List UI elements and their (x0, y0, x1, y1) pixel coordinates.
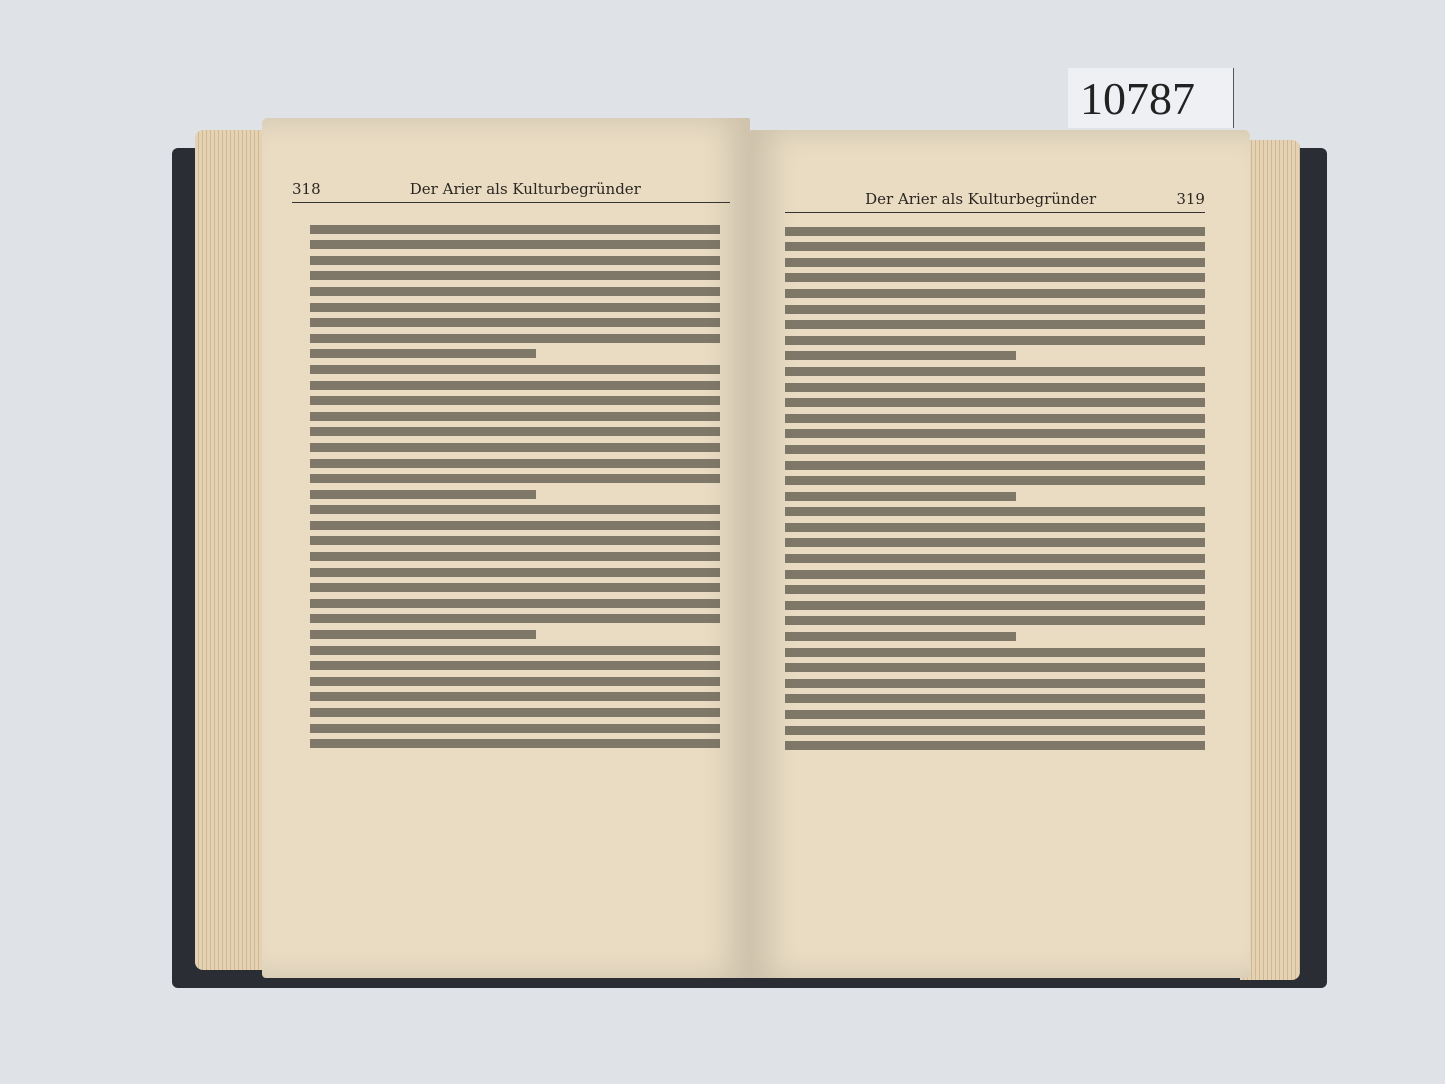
page-number: 319 (1176, 190, 1205, 208)
text-line (310, 521, 720, 530)
text-line (310, 724, 720, 733)
text-line (310, 630, 536, 639)
text-line (785, 570, 1205, 579)
text-line (785, 476, 1205, 485)
text-line (310, 708, 720, 717)
text-line (785, 258, 1205, 267)
text-line (310, 661, 720, 670)
text-line (785, 616, 1205, 625)
text-line (785, 273, 1205, 282)
text-line (785, 648, 1205, 657)
text-line (310, 349, 536, 358)
text-line (310, 739, 720, 748)
page-number: 318 (292, 180, 321, 198)
text-line (310, 536, 720, 545)
text-line (785, 336, 1205, 345)
text-line (310, 474, 720, 483)
inventory-label: 10787 (1068, 68, 1234, 128)
text-line (785, 507, 1205, 516)
text-line (785, 367, 1205, 376)
text-line (310, 225, 720, 234)
text-line (310, 412, 720, 421)
text-line (310, 646, 720, 655)
text-line (785, 461, 1205, 470)
left-body-text (310, 218, 720, 755)
text-line (310, 287, 720, 296)
text-line (310, 692, 720, 701)
text-line (310, 427, 720, 436)
right-page: Der Arier als Kulturbegründer 319 (750, 130, 1250, 978)
text-line (785, 398, 1205, 407)
text-line (785, 414, 1205, 423)
text-line (310, 505, 720, 514)
text-line (310, 303, 720, 312)
text-line (785, 554, 1205, 563)
text-line (310, 271, 720, 280)
running-head-title: Der Arier als Kulturbegründer (410, 180, 641, 198)
text-line (785, 694, 1205, 703)
right-body-text (785, 220, 1205, 757)
text-line (310, 677, 720, 686)
text-line (785, 632, 1016, 641)
text-line (310, 568, 720, 577)
text-line (785, 242, 1205, 251)
running-head-title: Der Arier als Kulturbegründer (865, 190, 1096, 208)
text-line (785, 289, 1205, 298)
text-line (310, 490, 536, 499)
text-line (310, 599, 720, 608)
text-line (785, 601, 1205, 610)
text-line (785, 429, 1205, 438)
text-line (785, 320, 1205, 329)
text-line (310, 334, 720, 343)
right-running-head: Der Arier als Kulturbegründer 319 (785, 190, 1205, 213)
text-line (785, 585, 1205, 594)
text-line (785, 679, 1205, 688)
text-line (785, 523, 1205, 532)
left-running-head: 318 Der Arier als Kulturbegründer (292, 180, 730, 203)
text-line (785, 305, 1205, 314)
text-line (310, 459, 720, 468)
text-line (785, 351, 1016, 360)
text-line (785, 710, 1205, 719)
text-line (785, 726, 1205, 735)
text-line (785, 741, 1205, 750)
text-line (310, 443, 720, 452)
text-line (310, 396, 720, 405)
text-line (310, 614, 720, 623)
text-line (310, 583, 720, 592)
text-line (785, 663, 1205, 672)
text-line (785, 445, 1205, 454)
page-edges-left (195, 130, 265, 970)
text-line (310, 552, 720, 561)
text-line (310, 256, 720, 265)
text-line (785, 383, 1205, 392)
text-line (310, 381, 720, 390)
text-line (310, 365, 720, 374)
text-line (310, 318, 720, 327)
left-page: 318 Der Arier als Kulturbegründer (262, 118, 750, 978)
text-line (785, 227, 1205, 236)
text-line (785, 538, 1205, 547)
text-line (785, 492, 1016, 501)
text-line (310, 240, 720, 249)
